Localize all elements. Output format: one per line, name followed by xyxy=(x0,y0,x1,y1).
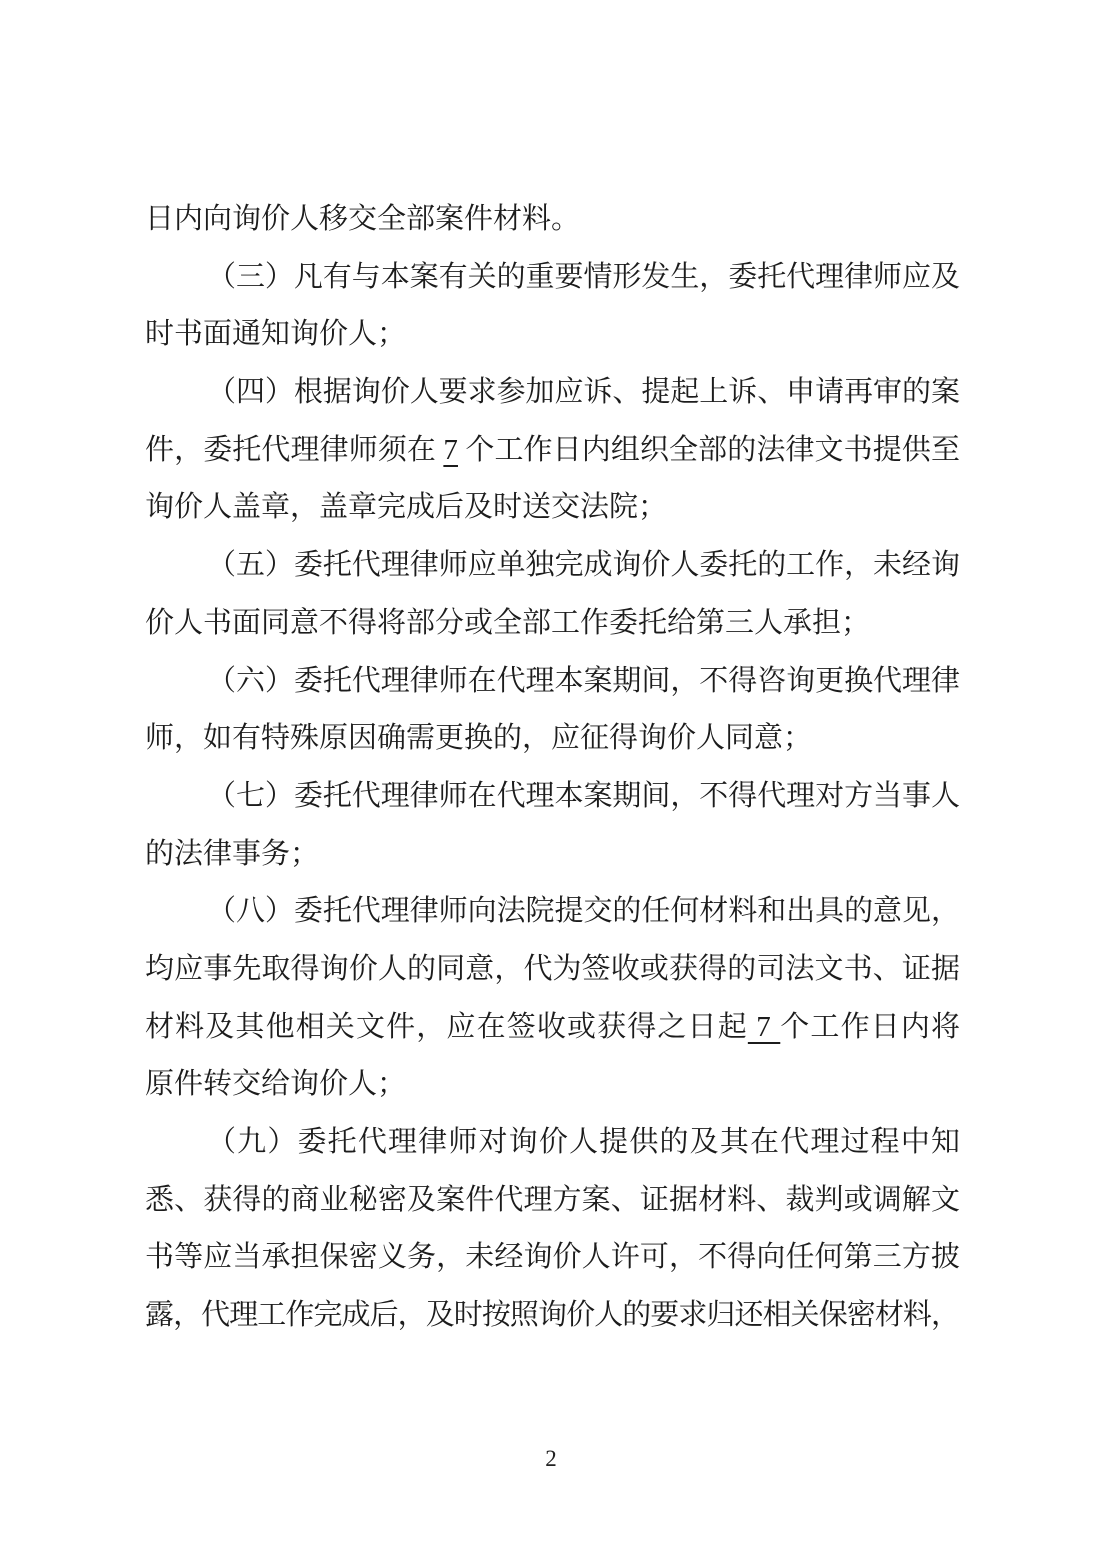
doc-line: 日内向询价人移交全部案件材料。 xyxy=(145,191,960,249)
doc-line: 师，如有特殊原因确需更换的，应征得询价人同意； xyxy=(145,710,960,768)
doc-line: （七）委托代理律师在代理本案期间，不得代理对方当事人 xyxy=(145,768,960,826)
text-segment: 个工作日内组织全部的法律文书提供至 xyxy=(458,434,960,466)
page-number: 2 xyxy=(0,1445,1102,1473)
doc-line: 价人书面同意不得将部分或全部工作委托给第三人承担； xyxy=(145,595,960,653)
doc-line: 材料及其他相关文件，应在签收或获得之日起 7 个工作日内将 xyxy=(145,999,960,1057)
doc-line: （三）凡有与本案有关的重要情形发生，委托代理律师应及 xyxy=(145,249,960,307)
text-segment: （六）委托代理律师在代理本案期间，不得咨询更换代理律 xyxy=(207,665,960,697)
doc-line: （四）根据询价人要求参加应诉、提起上诉、申请再审的案 xyxy=(145,364,960,422)
text-segment: 件，委托代理律师须在 xyxy=(145,434,443,466)
doc-line: （五）委托代理律师应单独完成询价人委托的工作，未经询 xyxy=(145,537,960,595)
doc-line: 书等应当承担保密义务，未经询价人许可，不得向任何第三方披 xyxy=(145,1229,960,1287)
text-segment: （三）凡有与本案有关的重要情形发生，委托代理律师应及 xyxy=(207,261,960,293)
doc-line: 均应事先取得询价人的同意，代为签收或获得的司法文书、证据 xyxy=(145,941,960,999)
text-segment: （九）委托代理律师对询价人提供的及其在代理过程中知 xyxy=(207,1126,961,1158)
text-segment: 书等应当承担保密义务，未经询价人许可，不得向任何第三方披 xyxy=(145,1241,960,1273)
text-segment: 的法律事务； xyxy=(145,838,319,870)
text-segment: 露，代理工作完成后，及时按照询价人的要求归还相关保密材料， xyxy=(145,1299,959,1331)
text-segment: （七）委托代理律师在代理本案期间，不得代理对方当事人 xyxy=(207,780,960,812)
underlined-value: 7 xyxy=(443,434,458,466)
document-page: 日内向询价人移交全部案件材料。（三）凡有与本案有关的重要情形发生，委托代理律师应… xyxy=(0,0,1102,1559)
text-segment: 询价人盖章，盖章完成后及时送交法院； xyxy=(145,491,667,523)
text-segment: 原件转交给询价人； xyxy=(145,1068,406,1100)
doc-line: 件，委托代理律师须在 7 个工作日内组织全部的法律文书提供至 xyxy=(145,422,960,480)
text-segment: 时书面通知询价人； xyxy=(145,318,406,350)
document-body: 日内向询价人移交全部案件材料。（三）凡有与本案有关的重要情形发生，委托代理律师应… xyxy=(145,191,960,1345)
doc-line: 询价人盖章，盖章完成后及时送交法院； xyxy=(145,479,960,537)
text-segment: （五）委托代理律师应单独完成询价人委托的工作，未经询 xyxy=(207,549,960,581)
text-segment: 个工作日内将 xyxy=(780,1011,961,1043)
underlined-value: 7 xyxy=(748,1011,780,1043)
doc-line: 的法律事务； xyxy=(145,826,960,884)
text-segment: 师，如有特殊原因确需更换的，应征得询价人同意； xyxy=(145,722,812,754)
doc-line: 时书面通知询价人； xyxy=(145,306,960,364)
doc-line: （八）委托代理律师向法院提交的任何材料和出具的意见， xyxy=(145,883,960,941)
doc-line: （六）委托代理律师在代理本案期间，不得咨询更换代理律 xyxy=(145,653,960,711)
text-segment: 日内向询价人移交全部案件材料。 xyxy=(145,203,580,235)
doc-line: 原件转交给询价人； xyxy=(145,1056,960,1114)
text-segment: 均应事先取得询价人的同意，代为签收或获得的司法文书、证据 xyxy=(145,953,960,985)
text-segment: （四）根据询价人要求参加应诉、提起上诉、申请再审的案 xyxy=(207,376,960,408)
doc-line: （九）委托代理律师对询价人提供的及其在代理过程中知 xyxy=(145,1114,960,1172)
text-segment: 材料及其他相关文件，应在签收或获得之日起 xyxy=(145,1011,748,1043)
doc-line: 露，代理工作完成后，及时按照询价人的要求归还相关保密材料， xyxy=(145,1287,960,1345)
text-segment: 价人书面同意不得将部分或全部工作委托给第三人承担； xyxy=(145,607,870,639)
text-segment: （八）委托代理律师向法院提交的任何材料和出具的意见， xyxy=(207,895,960,927)
text-segment: 悉、获得的商业秘密及案件代理方案、证据材料、裁判或调解文 xyxy=(145,1184,960,1216)
doc-line: 悉、获得的商业秘密及案件代理方案、证据材料、裁判或调解文 xyxy=(145,1172,960,1230)
